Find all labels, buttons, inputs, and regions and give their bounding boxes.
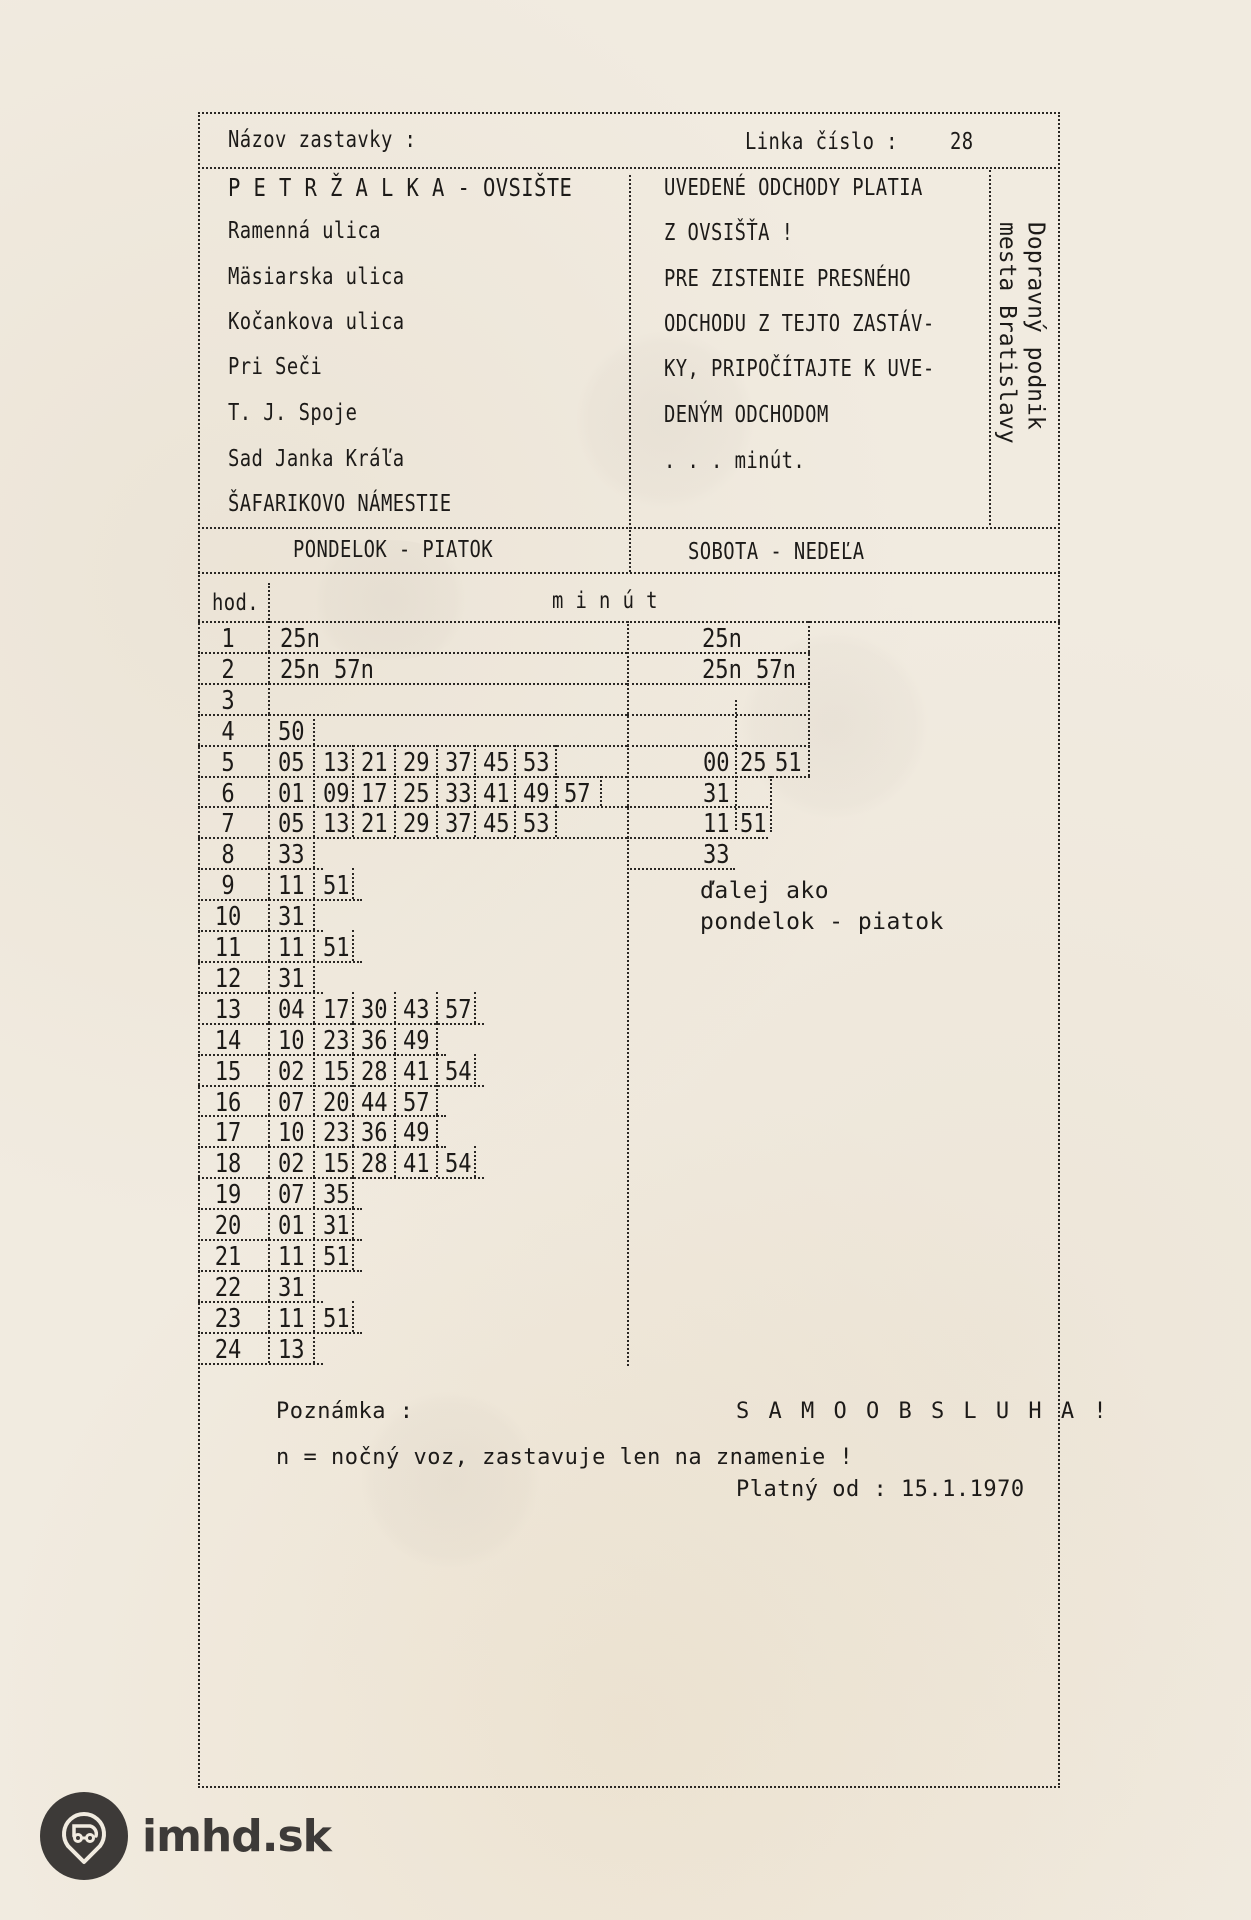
hour-cell: 13 bbox=[211, 997, 245, 1023]
hour-cell: 7 bbox=[211, 811, 245, 837]
minute-cell: 44 bbox=[361, 1090, 388, 1116]
column-divider bbox=[394, 1085, 396, 1116]
valid-from: Platný od : 15.1.1970 bbox=[736, 1479, 1025, 1501]
minute-cell: 51 bbox=[323, 873, 350, 899]
column-divider bbox=[352, 1239, 354, 1270]
column-divider bbox=[313, 899, 315, 930]
stop-item: Pri Seči bbox=[228, 356, 322, 379]
minute-cell: 25 bbox=[403, 781, 430, 807]
column-divider bbox=[808, 621, 810, 776]
minute-cell: 05 bbox=[278, 750, 305, 776]
hour-cell: 6 bbox=[211, 781, 245, 807]
column-divider bbox=[352, 868, 354, 899]
minute-cell: 25n bbox=[702, 657, 742, 683]
info-line: UVEDENÉ ODCHODY PLATIA bbox=[664, 177, 923, 200]
column-divider bbox=[474, 1146, 476, 1177]
minute-cell: 57 bbox=[564, 781, 591, 807]
column-divider bbox=[313, 1239, 315, 1270]
hour-cell: 17 bbox=[211, 1120, 245, 1146]
row-divider bbox=[627, 745, 810, 747]
minute-cell: 11 bbox=[278, 935, 305, 961]
info-line: Z OVSIŠŤA ! bbox=[664, 222, 793, 245]
hour-cell: 10 bbox=[211, 904, 245, 930]
column-divider bbox=[313, 1301, 315, 1332]
minute-cell: 50 bbox=[278, 719, 305, 745]
hour-cell: 18 bbox=[211, 1151, 245, 1177]
weekday-heading: PONDELOK - PIATOK bbox=[293, 539, 493, 562]
info-line: . . . minút. bbox=[664, 450, 805, 473]
minute-cell: 33 bbox=[445, 781, 472, 807]
column-divider bbox=[313, 1054, 315, 1085]
column-divider bbox=[268, 1085, 270, 1116]
row-divider bbox=[627, 806, 768, 808]
minutes-column-header: m i n ú t bbox=[552, 590, 658, 613]
minute-cell: 37 bbox=[445, 750, 472, 776]
column-divider bbox=[313, 1146, 315, 1177]
divider bbox=[989, 170, 991, 525]
column-divider bbox=[394, 1146, 396, 1177]
column-divider bbox=[394, 776, 396, 807]
minute-cell: 04 bbox=[278, 997, 305, 1023]
column-divider bbox=[474, 745, 476, 776]
column-divider bbox=[474, 1054, 476, 1085]
column-divider bbox=[352, 1023, 354, 1054]
minute-cell: 53 bbox=[523, 811, 550, 837]
minute-cell: 33 bbox=[278, 842, 305, 868]
minute-cell: 31 bbox=[703, 781, 730, 807]
column-divider bbox=[268, 621, 270, 652]
map-pin-bus-icon bbox=[40, 1792, 128, 1880]
minute-cell: 21 bbox=[361, 811, 388, 837]
minute-cell: 57n bbox=[756, 657, 796, 683]
minute-cell: 33 bbox=[703, 842, 730, 868]
column-divider bbox=[268, 1177, 270, 1208]
column-divider bbox=[268, 1270, 270, 1301]
column-divider bbox=[600, 776, 602, 807]
divider bbox=[627, 621, 629, 1366]
column-divider bbox=[352, 806, 354, 837]
column-divider bbox=[352, 1054, 354, 1085]
column-divider bbox=[268, 683, 270, 714]
weekend-note: ďalej ako bbox=[700, 880, 829, 903]
column-divider bbox=[313, 1270, 315, 1301]
stop-item: Mäsiarska ulica bbox=[228, 266, 404, 289]
stop-item: Sad Janka Kráľa bbox=[228, 448, 404, 471]
column-divider bbox=[313, 1332, 315, 1363]
hour-cell: 14 bbox=[211, 1028, 245, 1054]
operator-name: Dopravný podnik mesta Bratislavy bbox=[992, 222, 1050, 444]
minute-cell: 41 bbox=[483, 781, 510, 807]
column-divider bbox=[352, 1085, 354, 1116]
minute-cell: 15 bbox=[323, 1151, 350, 1177]
column-divider bbox=[313, 837, 315, 868]
column-divider bbox=[474, 806, 476, 837]
minute-cell: 07 bbox=[278, 1090, 305, 1116]
column-divider bbox=[352, 1177, 354, 1208]
minute-cell: 30 bbox=[361, 997, 388, 1023]
column-divider bbox=[514, 806, 516, 837]
column-divider bbox=[268, 806, 270, 837]
column-divider bbox=[436, 776, 438, 807]
column-divider bbox=[268, 714, 270, 745]
hour-cell: 23 bbox=[211, 1306, 245, 1332]
operator-line1: Dopravný podnik bbox=[1023, 222, 1049, 430]
column-divider bbox=[394, 992, 396, 1023]
minute-cell: 07 bbox=[278, 1182, 305, 1208]
row-divider bbox=[198, 714, 627, 716]
minute-cell: 51 bbox=[323, 1306, 350, 1332]
minute-cell: 13 bbox=[323, 750, 350, 776]
column-divider bbox=[268, 1054, 270, 1085]
minute-cell: 45 bbox=[483, 811, 510, 837]
minute-cell: 10 bbox=[278, 1028, 305, 1054]
hour-cell: 12 bbox=[211, 966, 245, 992]
column-divider bbox=[770, 776, 772, 832]
minute-cell: 51 bbox=[323, 935, 350, 961]
line-number-label: Linka číslo : bbox=[745, 131, 898, 154]
minute-cell: 28 bbox=[361, 1059, 388, 1085]
stop-terminus: P E T R Ž A L K A - OVSIŠTE bbox=[228, 175, 572, 200]
row-divider bbox=[627, 714, 810, 716]
minute-cell: 05 bbox=[278, 811, 305, 837]
column-divider bbox=[394, 1023, 396, 1054]
info-line: KY, PRIPOČÍTAJTE K UVE- bbox=[664, 358, 935, 381]
imhd-logo[interactable]: imhd.sk bbox=[40, 1792, 331, 1880]
stop-name-label: Názov zastavky : bbox=[228, 129, 416, 152]
stop-item: Ramenná ulica bbox=[228, 220, 381, 243]
minute-cell: 00 bbox=[703, 750, 730, 776]
divider bbox=[198, 572, 1060, 574]
stop-item: ŠAFARIKOVO NÁMESTIE bbox=[228, 493, 452, 516]
minute-cell: 49 bbox=[523, 781, 550, 807]
minute-cell: 31 bbox=[278, 1275, 305, 1301]
minute-cell: 31 bbox=[278, 904, 305, 930]
column-divider bbox=[436, 1023, 438, 1054]
column-divider bbox=[313, 776, 315, 807]
minute-cell: 41 bbox=[403, 1151, 430, 1177]
column-divider bbox=[436, 745, 438, 776]
column-divider bbox=[313, 1177, 315, 1208]
column-divider bbox=[352, 1301, 354, 1332]
minute-cell: 13 bbox=[278, 1337, 305, 1363]
column-divider bbox=[268, 930, 270, 961]
minute-cell: 01 bbox=[278, 781, 305, 807]
column-divider bbox=[735, 700, 737, 830]
minute-cell: 25n bbox=[702, 626, 742, 652]
column-divider bbox=[514, 776, 516, 807]
minute-cell: 41 bbox=[403, 1059, 430, 1085]
hour-cell: 5 bbox=[211, 750, 245, 776]
row-divider bbox=[198, 652, 627, 654]
hour-cell: 3 bbox=[211, 688, 245, 714]
minute-cell: 23 bbox=[323, 1028, 350, 1054]
minute-cell: 23 bbox=[323, 1120, 350, 1146]
column-divider bbox=[352, 930, 354, 961]
operator-line2: mesta Bratislavy bbox=[994, 222, 1020, 444]
column-divider bbox=[313, 961, 315, 992]
column-divider bbox=[352, 776, 354, 807]
hour-cell: 11 bbox=[211, 935, 245, 961]
minute-cell: 25n bbox=[280, 657, 320, 683]
hour-cell: 2 bbox=[211, 657, 245, 683]
minute-cell: 10 bbox=[278, 1120, 305, 1146]
minute-cell: 31 bbox=[278, 966, 305, 992]
info-line: DENÝM ODCHODOM bbox=[664, 404, 829, 427]
column-divider bbox=[268, 1023, 270, 1054]
minute-cell: 11 bbox=[278, 1244, 305, 1270]
column-divider bbox=[268, 776, 270, 807]
minute-cell: 36 bbox=[361, 1028, 388, 1054]
minute-cell: 35 bbox=[323, 1182, 350, 1208]
column-divider bbox=[436, 1054, 438, 1085]
column-divider bbox=[352, 1115, 354, 1146]
minute-cell: 36 bbox=[361, 1120, 388, 1146]
minute-cell: 13 bbox=[323, 811, 350, 837]
minute-cell: 51 bbox=[740, 811, 767, 837]
column-divider bbox=[313, 1208, 315, 1239]
hour-cell: 1 bbox=[211, 626, 245, 652]
minute-cell: 11 bbox=[278, 873, 305, 899]
minute-cell: 17 bbox=[323, 997, 350, 1023]
divider bbox=[268, 583, 270, 623]
column-divider bbox=[268, 1332, 270, 1363]
night-bus-note: n = nočný voz, zastavuje len na znamenie… bbox=[276, 1447, 853, 1469]
column-divider bbox=[268, 868, 270, 899]
column-divider bbox=[268, 992, 270, 1023]
stop-item: Kočankova ulica bbox=[228, 311, 404, 334]
column-divider bbox=[555, 776, 557, 807]
minute-cell: 20 bbox=[323, 1090, 350, 1116]
column-divider bbox=[394, 1115, 396, 1146]
column-divider bbox=[436, 1146, 438, 1177]
minute-cell: 31 bbox=[323, 1213, 350, 1239]
minute-cell: 01 bbox=[278, 1213, 305, 1239]
info-line: ODCHODU Z TEJTO ZASTÁV- bbox=[664, 313, 935, 336]
hour-cell: 9 bbox=[211, 873, 245, 899]
minute-cell: 49 bbox=[403, 1120, 430, 1146]
column-divider bbox=[313, 745, 315, 776]
column-divider bbox=[436, 806, 438, 837]
divider bbox=[629, 527, 631, 572]
column-divider bbox=[313, 930, 315, 961]
minute-cell: 17 bbox=[361, 781, 388, 807]
self-service-notice: S A M O O B S L U H A ! bbox=[736, 1401, 1110, 1423]
note-label: Poznámka : bbox=[276, 1401, 413, 1423]
column-divider bbox=[268, 1146, 270, 1177]
hour-cell: 4 bbox=[211, 719, 245, 745]
column-divider bbox=[268, 961, 270, 992]
minute-cell: 54 bbox=[445, 1059, 472, 1085]
column-divider bbox=[555, 745, 557, 776]
hour-cell: 16 bbox=[211, 1090, 245, 1116]
brand-name: imhd.sk bbox=[142, 1811, 331, 1862]
hour-cell: 15 bbox=[211, 1059, 245, 1085]
minute-cell: 57 bbox=[445, 997, 472, 1023]
stop-item: T. J. Spoje bbox=[228, 402, 357, 425]
minute-cell: 57n bbox=[334, 657, 374, 683]
minute-cell: 45 bbox=[483, 750, 510, 776]
column-divider bbox=[268, 1239, 270, 1270]
column-divider bbox=[268, 1115, 270, 1146]
minute-cell: 51 bbox=[323, 1244, 350, 1270]
hour-cell: 22 bbox=[211, 1275, 245, 1301]
hour-cell: 19 bbox=[211, 1182, 245, 1208]
info-line: PRE ZISTENIE PRESNÉHO bbox=[664, 268, 911, 291]
line-number: 28 bbox=[950, 131, 974, 154]
column-divider bbox=[352, 1208, 354, 1239]
column-divider bbox=[268, 745, 270, 776]
minute-cell: 43 bbox=[403, 997, 430, 1023]
minute-cell: 11 bbox=[278, 1306, 305, 1332]
column-divider bbox=[313, 1085, 315, 1116]
column-divider bbox=[268, 1208, 270, 1239]
minute-cell: 53 bbox=[523, 750, 550, 776]
row-divider bbox=[198, 745, 627, 747]
column-divider bbox=[394, 806, 396, 837]
column-divider bbox=[394, 745, 396, 776]
minute-cell: 29 bbox=[403, 750, 430, 776]
minute-cell: 37 bbox=[445, 811, 472, 837]
column-divider bbox=[268, 652, 270, 683]
column-divider bbox=[474, 992, 476, 1023]
column-divider bbox=[474, 776, 476, 807]
column-divider bbox=[436, 992, 438, 1023]
column-divider bbox=[313, 806, 315, 837]
column-divider bbox=[313, 1023, 315, 1054]
column-divider bbox=[313, 992, 315, 1023]
column-divider bbox=[394, 1054, 396, 1085]
divider bbox=[198, 621, 1060, 623]
minute-cell: 25 bbox=[740, 750, 767, 776]
minute-cell: 25n bbox=[280, 626, 320, 652]
minute-cell: 28 bbox=[361, 1151, 388, 1177]
minute-cell: 09 bbox=[323, 781, 350, 807]
column-divider bbox=[352, 745, 354, 776]
column-divider bbox=[268, 837, 270, 868]
row-divider bbox=[198, 683, 627, 685]
hour-cell: 21 bbox=[211, 1244, 245, 1270]
hour-column-header: hod. bbox=[212, 592, 259, 615]
column-divider bbox=[352, 1146, 354, 1177]
weekend-heading: SOBOTA - NEDEĽA bbox=[688, 541, 864, 564]
minute-cell: 54 bbox=[445, 1151, 472, 1177]
minute-cell: 02 bbox=[278, 1059, 305, 1085]
minute-cell: 02 bbox=[278, 1151, 305, 1177]
column-divider bbox=[313, 1115, 315, 1146]
column-divider bbox=[436, 1115, 438, 1146]
column-divider bbox=[268, 899, 270, 930]
minute-cell: 51 bbox=[775, 750, 802, 776]
hour-cell: 20 bbox=[211, 1213, 245, 1239]
hour-cell: 24 bbox=[211, 1337, 245, 1363]
divider bbox=[198, 167, 1060, 169]
column-divider bbox=[352, 992, 354, 1023]
minute-cell: 21 bbox=[361, 750, 388, 776]
minute-cell: 57 bbox=[403, 1090, 430, 1116]
column-divider bbox=[555, 806, 557, 837]
column-divider bbox=[313, 868, 315, 899]
column-divider bbox=[436, 1085, 438, 1116]
minute-cell: 29 bbox=[403, 811, 430, 837]
column-divider bbox=[514, 745, 516, 776]
column-divider bbox=[313, 714, 315, 745]
minute-cell: 49 bbox=[403, 1028, 430, 1054]
divider bbox=[629, 175, 631, 525]
minute-cell: 15 bbox=[323, 1059, 350, 1085]
minute-cell: 11 bbox=[703, 811, 730, 837]
weekend-note: pondelok - piatok bbox=[700, 911, 944, 934]
hour-cell: 8 bbox=[211, 842, 245, 868]
column-divider bbox=[268, 1301, 270, 1332]
